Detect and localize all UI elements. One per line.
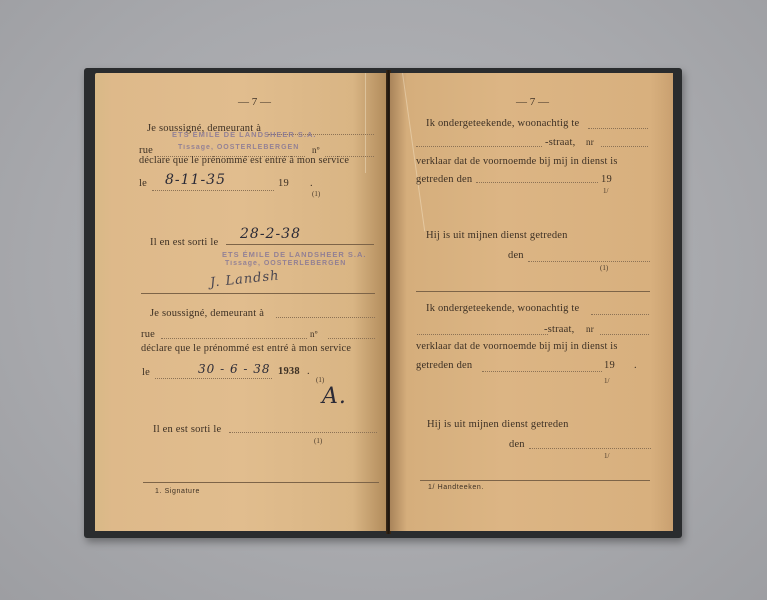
r-entry2-date-label: getreden den — [416, 360, 472, 371]
page-crease — [365, 73, 366, 173]
page-number-left: — 7 — — [238, 96, 271, 108]
r-entry1-street-label: -straat, — [545, 137, 575, 148]
entry1-year-prefix: 19 — [278, 178, 289, 189]
r-entry1-number-field — [601, 146, 648, 147]
r-entry1-exit-label: Hij is uit mijnen dienst getreden — [426, 230, 568, 241]
entry1-exit-date-handwritten: 28-2-38 — [240, 226, 301, 242]
r-entry1-number-label: nr — [586, 137, 594, 147]
r-entry1-footnote-ref: 1/ — [603, 187, 608, 195]
entry1-entry-date-handwritten: 8-11-35 — [165, 172, 226, 188]
entry2-residence-label: Je soussigné, demeurant à — [150, 308, 264, 319]
entry-separator-left — [141, 293, 375, 294]
entry1-declaration: déclare que le prénommé est entré à mon … — [139, 155, 349, 166]
r-entry1-exit-footnote-ref: (1) — [600, 264, 608, 272]
footnote-rule-right — [420, 480, 650, 481]
r-entry2-declaration: verklaar dat de voornoemde bij mij in di… — [416, 341, 618, 352]
r-entry1-exit-den: den — [508, 250, 524, 261]
entry2-street-field — [161, 338, 307, 339]
entry2-year: 1938 — [278, 366, 300, 377]
r-entry2-period: . — [634, 360, 637, 371]
entry2-street-label: rue — [141, 329, 155, 340]
r-entry2-number-label: nr — [586, 324, 594, 334]
r-entry2-residence-field — [591, 314, 649, 315]
entry2-number-field — [328, 338, 375, 339]
r-entry2-residence-label: Ik ondergeteekende, woonachtig te — [426, 303, 579, 314]
r-entry1-declaration: verklaar dat de voornoemde bij mij in di… — [416, 156, 618, 167]
r-entry2-footnote-ref: 1/ — [604, 377, 609, 385]
left-page — [95, 73, 388, 531]
entry1-exit-label: Il en est sorti le — [150, 237, 218, 248]
r-entry1-exit-field — [528, 261, 650, 262]
entry1-period: . — [310, 178, 313, 189]
footnote-rule-left — [143, 482, 379, 483]
entry2-footnote-ref: (1) — [316, 376, 324, 384]
entry2-declaration: déclare que le prénommé est entré à mon … — [141, 343, 351, 354]
r-entry1-street-field — [416, 146, 542, 147]
footnote-right: 1/ Handteeken. — [428, 484, 484, 491]
r-entry2-date-field — [482, 371, 602, 372]
r-entry1-year-prefix: 19 — [601, 174, 612, 185]
r-entry2-year-prefix: 19 — [604, 360, 615, 371]
employer-initial: A. — [322, 384, 347, 409]
r-entry2-street-label: -straat, — [544, 324, 574, 335]
entry2-entry-date-handwritten: 30 - 6 - 38 — [198, 362, 271, 376]
entry1-date-field — [152, 190, 274, 191]
r-entry1-residence-label: Ik ondergeteekende, woonachtig te — [426, 118, 579, 129]
r-entry1-residence-field — [588, 128, 648, 129]
entry2-exit-field — [229, 432, 377, 433]
entry-separator-right — [416, 291, 650, 292]
entry2-date-field — [155, 378, 272, 379]
entry2-period: . — [307, 366, 310, 377]
entry1-exit-field — [226, 244, 374, 245]
company-stamp-1: ETS ÉMILE DE LANDSHEER S.A. — [172, 130, 317, 139]
right-page — [390, 73, 673, 531]
entry2-exit-label: Il en est sorti le — [153, 424, 221, 435]
r-entry2-exit-den: den — [509, 439, 525, 450]
r-entry1-date-field — [476, 182, 598, 183]
r-entry2-street-field — [417, 334, 548, 335]
page-number-right: — 7 — — [516, 96, 549, 108]
entry2-residence-field — [276, 317, 375, 318]
r-entry2-exit-label: Hij is uit mijnen dienst getreden — [427, 419, 569, 430]
entry1-number-label: nº — [312, 145, 320, 155]
r-entry1-date-label: getreden den — [416, 174, 472, 185]
entry1-footnote-ref: (1) — [312, 190, 320, 198]
entry2-exit-footnote-ref: (1) — [314, 437, 322, 445]
entry1-date-label: le — [139, 178, 147, 189]
entry2-number-label: nº — [310, 329, 318, 339]
footnote-left: 1. Signature — [155, 488, 200, 495]
entry2-date-label: le — [142, 367, 150, 378]
company-stamp-2-town: Tissage, OOSTERLEBERGEN — [225, 260, 346, 267]
r-entry2-exit-footnote-ref: 1/ — [604, 452, 609, 460]
r-entry2-exit-field — [529, 448, 651, 449]
company-stamp-1-town: Tissage, OOSTERLEBERGEN — [178, 144, 299, 151]
r-entry2-number-field — [600, 334, 649, 335]
company-stamp-2: ETS ÉMILE DE LANDSHEER S.A. — [222, 250, 367, 259]
